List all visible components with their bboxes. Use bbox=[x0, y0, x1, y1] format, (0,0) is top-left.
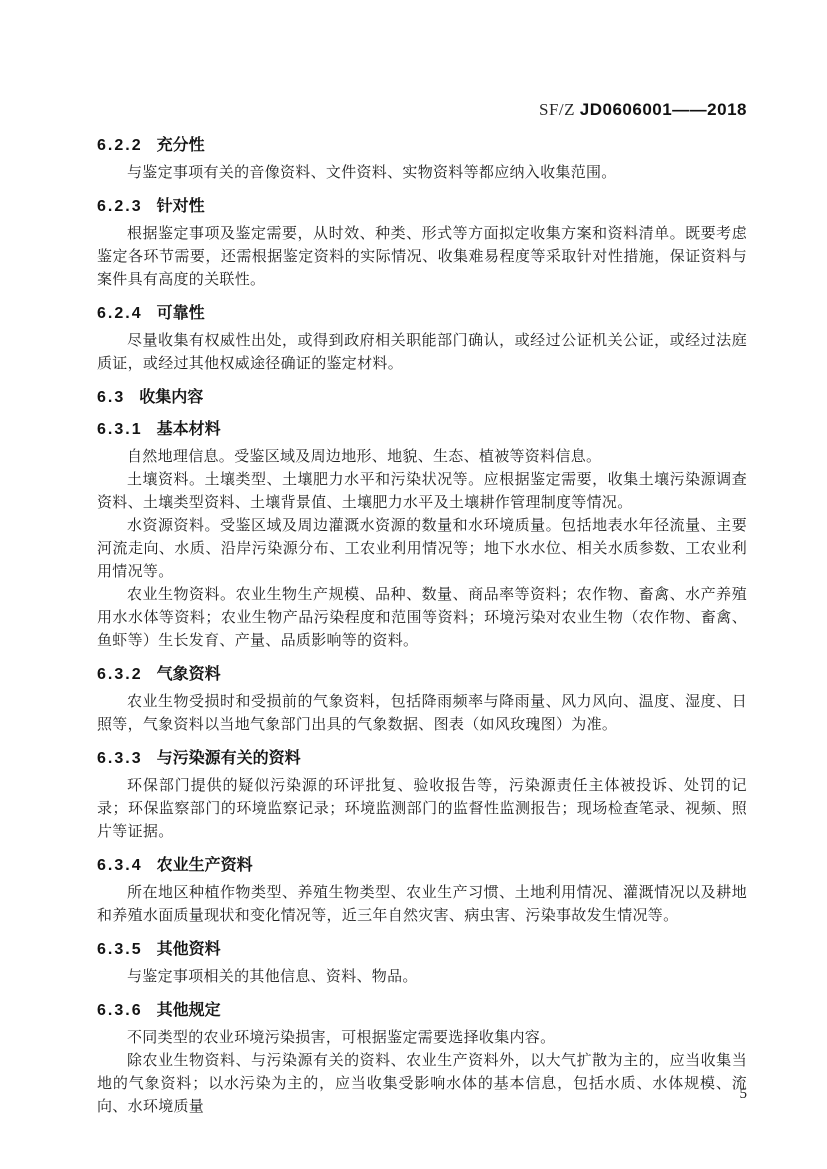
section-heading: 6.3.2气象资料 bbox=[97, 665, 747, 685]
paragraph: 尽量收集有权威性出处，或得到政府相关职能部门确认，或经过公证机关公证，或经过法庭… bbox=[97, 330, 747, 376]
section-title: 充分性 bbox=[157, 137, 205, 154]
section-title: 气象资料 bbox=[157, 666, 221, 683]
paragraph: 水资源资料。受鉴区域及周边灌溉水资源的数量和水环境质量。包括地表水年径流量、主要… bbox=[97, 515, 747, 584]
paragraph: 不同类型的农业环境污染损害，可根据鉴定需要选择收集内容。 bbox=[97, 1027, 747, 1050]
section-number: 6.3.1 bbox=[97, 421, 143, 438]
section-title: 针对性 bbox=[157, 198, 205, 215]
section-number: 6.3.5 bbox=[97, 941, 143, 958]
paragraph: 农业生物受损时和受损前的气象资料，包括降雨频率与降雨量、风力风向、温度、湿度、日… bbox=[97, 691, 747, 737]
section-heading: 6.3.1基本材料 bbox=[97, 420, 747, 440]
section-number: 6.3.3 bbox=[97, 750, 143, 767]
paragraph: 自然地理信息。受鉴区域及周边地形、地貌、生态、植被等资料信息。 bbox=[97, 446, 747, 469]
document-page: SF/Z JD0606001——2018 6.2.2充分性与鉴定事项有关的音像资… bbox=[0, 0, 827, 1169]
paragraph: 与鉴定事项有关的音像资料、文件资料、实物资料等都应纳入收集范围。 bbox=[97, 162, 747, 185]
section-title: 可靠性 bbox=[157, 305, 205, 322]
section-title: 基本材料 bbox=[157, 421, 221, 438]
paragraph: 除农业生物资料、与污染源有关的资料、农业生产资料外，以大气扩散为主的，应当收集当… bbox=[97, 1050, 747, 1119]
paragraph: 根据鉴定事项及鉴定需要，从时效、种类、形式等方面拟定收集方案和资料清单。既要考虑… bbox=[97, 223, 747, 292]
section-heading: 6.2.4可靠性 bbox=[97, 304, 747, 324]
document-header: SF/Z JD0606001——2018 bbox=[97, 100, 747, 120]
section-heading: 6.3.3与污染源有关的资料 bbox=[97, 749, 747, 769]
section-title: 收集内容 bbox=[139, 389, 203, 406]
standard-number: JD0606001——2018 bbox=[580, 100, 747, 119]
section-title: 其他规定 bbox=[157, 1002, 221, 1019]
paragraph: 土壤资料。土壤类型、土壤肥力水平和污染状况等。应根据鉴定需要，收集土壤污染源调查… bbox=[97, 469, 747, 515]
section-heading: 6.3.4农业生产资料 bbox=[97, 856, 747, 876]
section-heading: 6.3.5其他资料 bbox=[97, 940, 747, 960]
page-number: 5 bbox=[740, 1086, 748, 1103]
section-number: 6.2.2 bbox=[97, 137, 143, 154]
paragraph: 与鉴定事项相关的其他信息、资料、物品。 bbox=[97, 966, 747, 989]
section-number: 6.2.4 bbox=[97, 305, 143, 322]
section-heading: 6.2.2充分性 bbox=[97, 136, 747, 156]
section-number: 6.3.6 bbox=[97, 1002, 143, 1019]
section-heading: 6.3收集内容 bbox=[97, 388, 747, 408]
section-title: 与污染源有关的资料 bbox=[157, 750, 301, 767]
section-number: 6.3 bbox=[97, 389, 125, 406]
section-number: 6.3.4 bbox=[97, 857, 143, 874]
section-heading: 6.3.6其他规定 bbox=[97, 1001, 747, 1021]
section-heading: 6.2.3针对性 bbox=[97, 197, 747, 217]
section-title: 农业生产资料 bbox=[157, 857, 253, 874]
paragraph: 农业生物资料。农业生物生产规模、品种、数量、商品率等资料；农作物、畜禽、水产养殖… bbox=[97, 584, 747, 653]
paragraph: 所在地区种植作物类型、养殖生物类型、农业生产习惯、土地利用情况、灌溉情况以及耕地… bbox=[97, 882, 747, 928]
section-number: 6.2.3 bbox=[97, 198, 143, 215]
document-body: 6.2.2充分性与鉴定事项有关的音像资料、文件资料、实物资料等都应纳入收集范围。… bbox=[97, 136, 747, 1119]
standard-prefix: SF/Z bbox=[539, 100, 575, 119]
paragraph: 环保部门提供的疑似污染源的环评批复、验收报告等，污染源责任主体被投诉、处罚的记录… bbox=[97, 775, 747, 844]
section-number: 6.3.2 bbox=[97, 666, 143, 683]
section-title: 其他资料 bbox=[157, 941, 221, 958]
